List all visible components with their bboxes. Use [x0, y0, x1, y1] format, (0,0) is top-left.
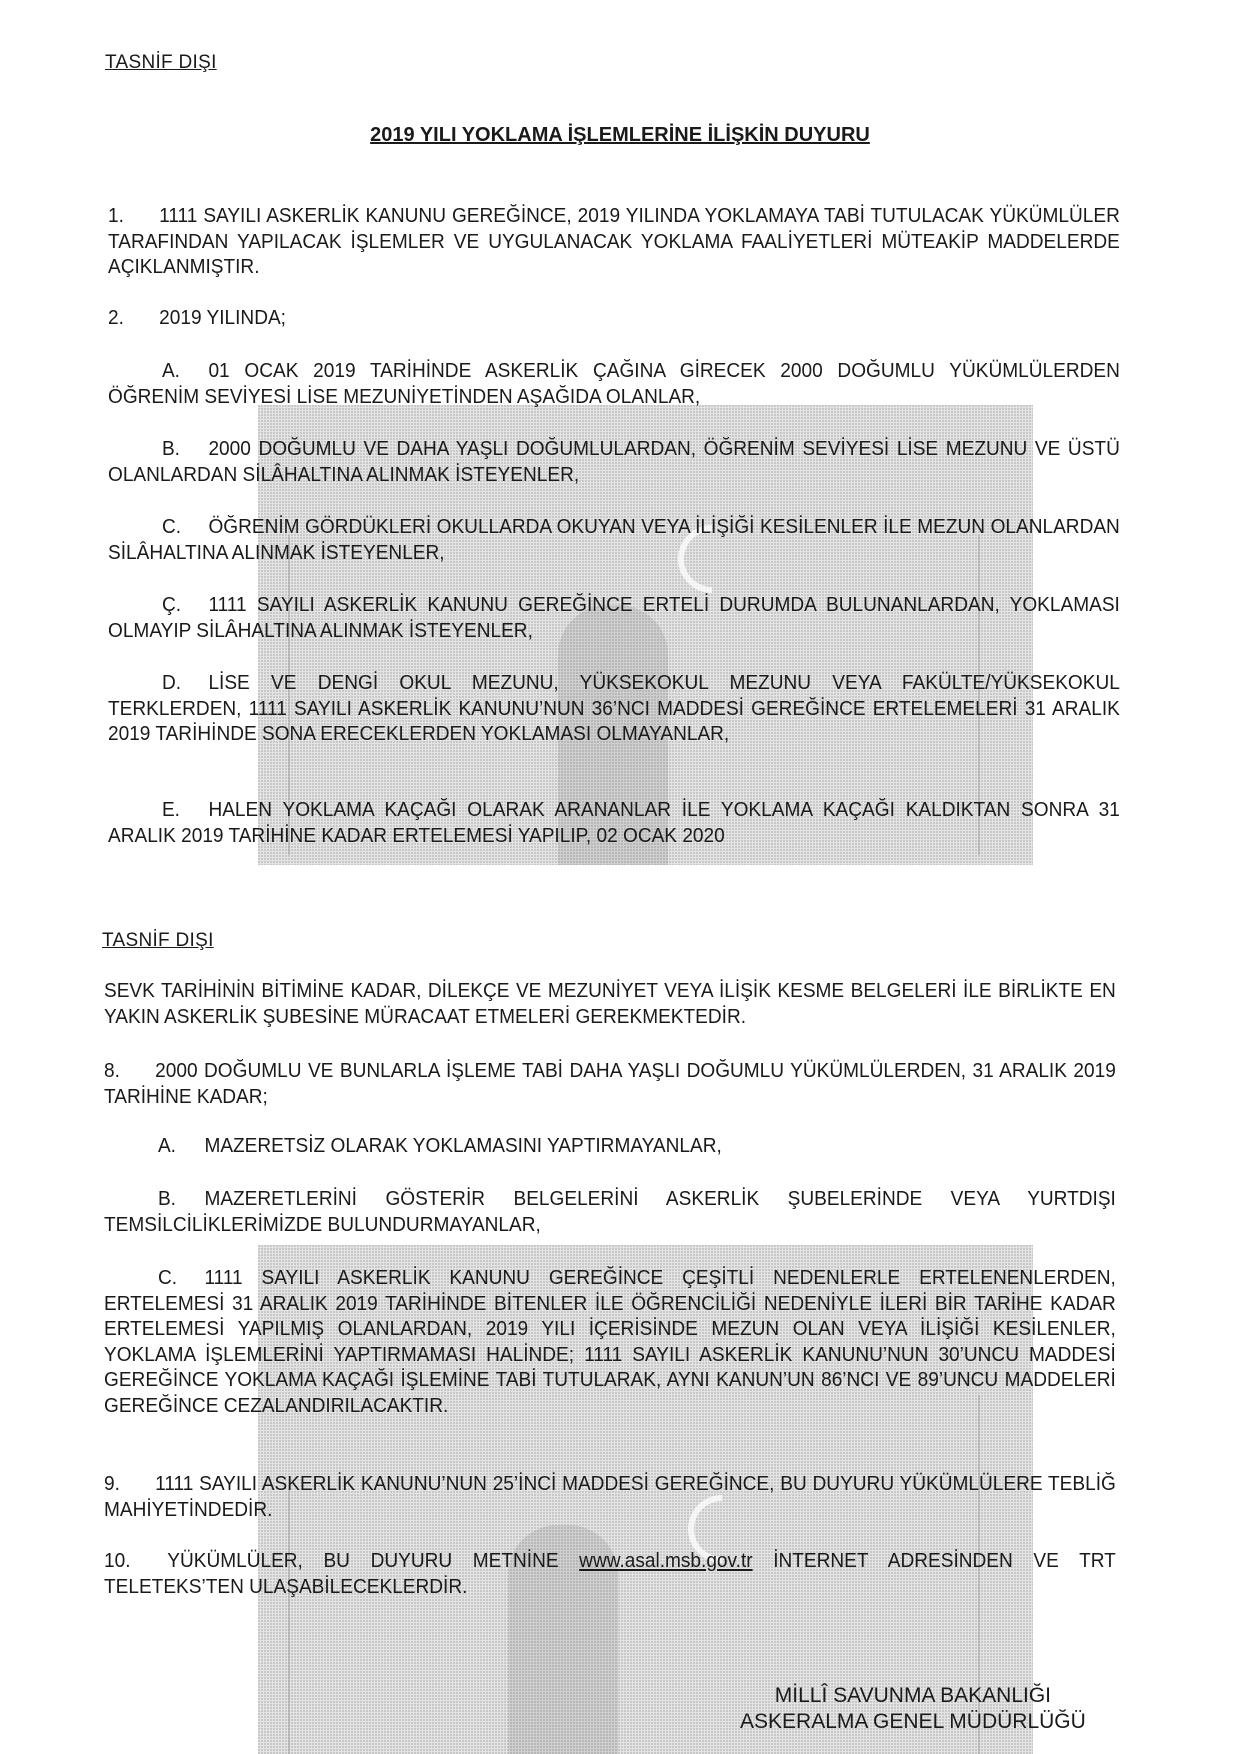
subitem-label: E.	[162, 797, 209, 823]
item-8: 8.2000 DOĞUMLU VE BUNLARLA İŞLEME TABİ D…	[104, 1058, 1116, 1109]
subitem-text: 1111 SAYILI ASKERLİK KANUNU GEREĞİNCE ÇE…	[104, 1266, 1116, 1417]
subitem-text: ÖĞRENİM GÖRDÜKLERİ OKULLARDA OKUYAN VEYA…	[108, 515, 1120, 564]
subitem-d: D.LİSE VE DENGİ OKUL MEZUNU, YÜKSEKOKUL …	[108, 670, 1120, 747]
subitem-label: C.	[162, 514, 209, 540]
subitem-label: B.	[158, 1186, 205, 1212]
item-number: 2.	[108, 305, 159, 331]
signature-block: MİLLÎ SAVUNMA BAKANLIĞI ASKERALMA GENEL …	[740, 1683, 1086, 1735]
document-title: 2019 YILI YOKLAMA İŞLEMLERİNE İLİŞKİN DU…	[0, 124, 1240, 147]
item-10: 10.YÜKÜMLÜLER, BU DUYURU METNİNE www.asa…	[104, 1548, 1116, 1599]
item-1: 1.1111 SAYILI ASKERLİK KANUNU GEREĞİNCE,…	[108, 203, 1120, 280]
subitem-8c: C.1111 SAYILI ASKERLİK KANUNU GEREĞİNCE …	[104, 1265, 1116, 1418]
item-text: 2000 DOĞUMLU VE BUNLARLA İŞLEME TABİ DAH…	[104, 1059, 1116, 1108]
item-2: 2.2019 YILINDA;	[108, 305, 1120, 331]
subitem-text: HALEN YOKLAMA KAÇAĞI OLARAK ARANANLAR İL…	[108, 798, 1120, 847]
subitem-text: LİSE VE DENGİ OKUL MEZUNU, YÜKSEKOKUL ME…	[108, 671, 1120, 745]
item-text: 1111 SAYILI ASKERLİK KANUNU GEREĞİNCE, 2…	[108, 204, 1120, 278]
classification-label-page2: TASNİF DIŞI	[102, 930, 214, 952]
subitem-8b: B.MAZERETLERİNİ GÖSTERİR BELGELERİNİ ASK…	[104, 1186, 1116, 1237]
signature-ministry: MİLLÎ SAVUNMA BAKANLIĞI	[740, 1683, 1086, 1709]
subitem-text: MAZERETSİZ OLARAK YOKLAMASINI YAPTIRMAYA…	[204, 1134, 721, 1157]
subitem-b: B.2000 DOĞUMLU VE DAHA YAŞLI DOĞUMLULARD…	[108, 436, 1120, 487]
item-number: 10.	[104, 1548, 167, 1574]
subitem-label: A.	[158, 1133, 205, 1159]
subitem-text: MAZERETLERİNİ GÖSTERİR BELGELERİNİ ASKER…	[104, 1187, 1116, 1236]
subitem-label: B.	[162, 436, 209, 462]
item-9: 9.1111 SAYILI ASKERLİK KANUNU’NUN 25’İNC…	[104, 1471, 1116, 1522]
signature-directorate: ASKERALMA GENEL MÜDÜRLÜĞÜ	[740, 1709, 1086, 1735]
subitem-a: A.01 OCAK 2019 TARİHİNDE ASKERLİK ÇAĞINA…	[108, 358, 1120, 409]
item-number: 9.	[104, 1471, 155, 1497]
subitem-c-cedilla: Ç.1111 SAYILI ASKERLİK KANUNU GEREĞİNCE …	[108, 592, 1120, 643]
sprig-watermark	[288, 1485, 290, 1754]
subitem-8a: A.MAZERETSİZ OLARAK YOKLAMASINI YAPTIRMA…	[104, 1133, 1116, 1159]
subitem-c: C.ÖĞRENİM GÖRDÜKLERİ OKULLARDA OKUYAN VE…	[108, 514, 1120, 565]
subitem-text: 1111 SAYILI ASKERLİK KANUNU GEREĞİNCE ER…	[108, 593, 1120, 642]
continuation-text: SEVK TARİHİNİN BİTİMİNE KADAR, DİLEKÇE V…	[104, 979, 1116, 1028]
item-text-before: YÜKÜMLÜLER, BU DUYURU METNİNE	[167, 1549, 579, 1572]
item-number: 1.	[108, 203, 159, 229]
subitem-label: Ç.	[162, 592, 209, 618]
subitem-label: A.	[162, 358, 209, 384]
website-link[interactable]: www.asal.msb.gov.tr	[579, 1549, 752, 1572]
continuation-paragraph: SEVK TARİHİNİN BİTİMİNE KADAR, DİLEKÇE V…	[104, 978, 1116, 1029]
item-text: 2019 YILINDA;	[159, 306, 286, 329]
classification-label: TASNİF DIŞI	[105, 52, 217, 74]
subitem-text: 2000 DOĞUMLU VE DAHA YAŞLI DOĞUMLULARDAN…	[108, 437, 1120, 486]
subitem-label: D.	[162, 670, 209, 696]
subitem-label: C.	[158, 1265, 205, 1291]
item-text: 1111 SAYILI ASKERLİK KANUNU’NUN 25’İNCİ …	[104, 1472, 1116, 1521]
subitem-text: 01 OCAK 2019 TARİHİNDE ASKERLİK ÇAĞINA G…	[108, 359, 1120, 408]
item-number: 8.	[104, 1058, 155, 1084]
subitem-e: E.HALEN YOKLAMA KAÇAĞI OLARAK ARANANLAR …	[108, 797, 1120, 848]
